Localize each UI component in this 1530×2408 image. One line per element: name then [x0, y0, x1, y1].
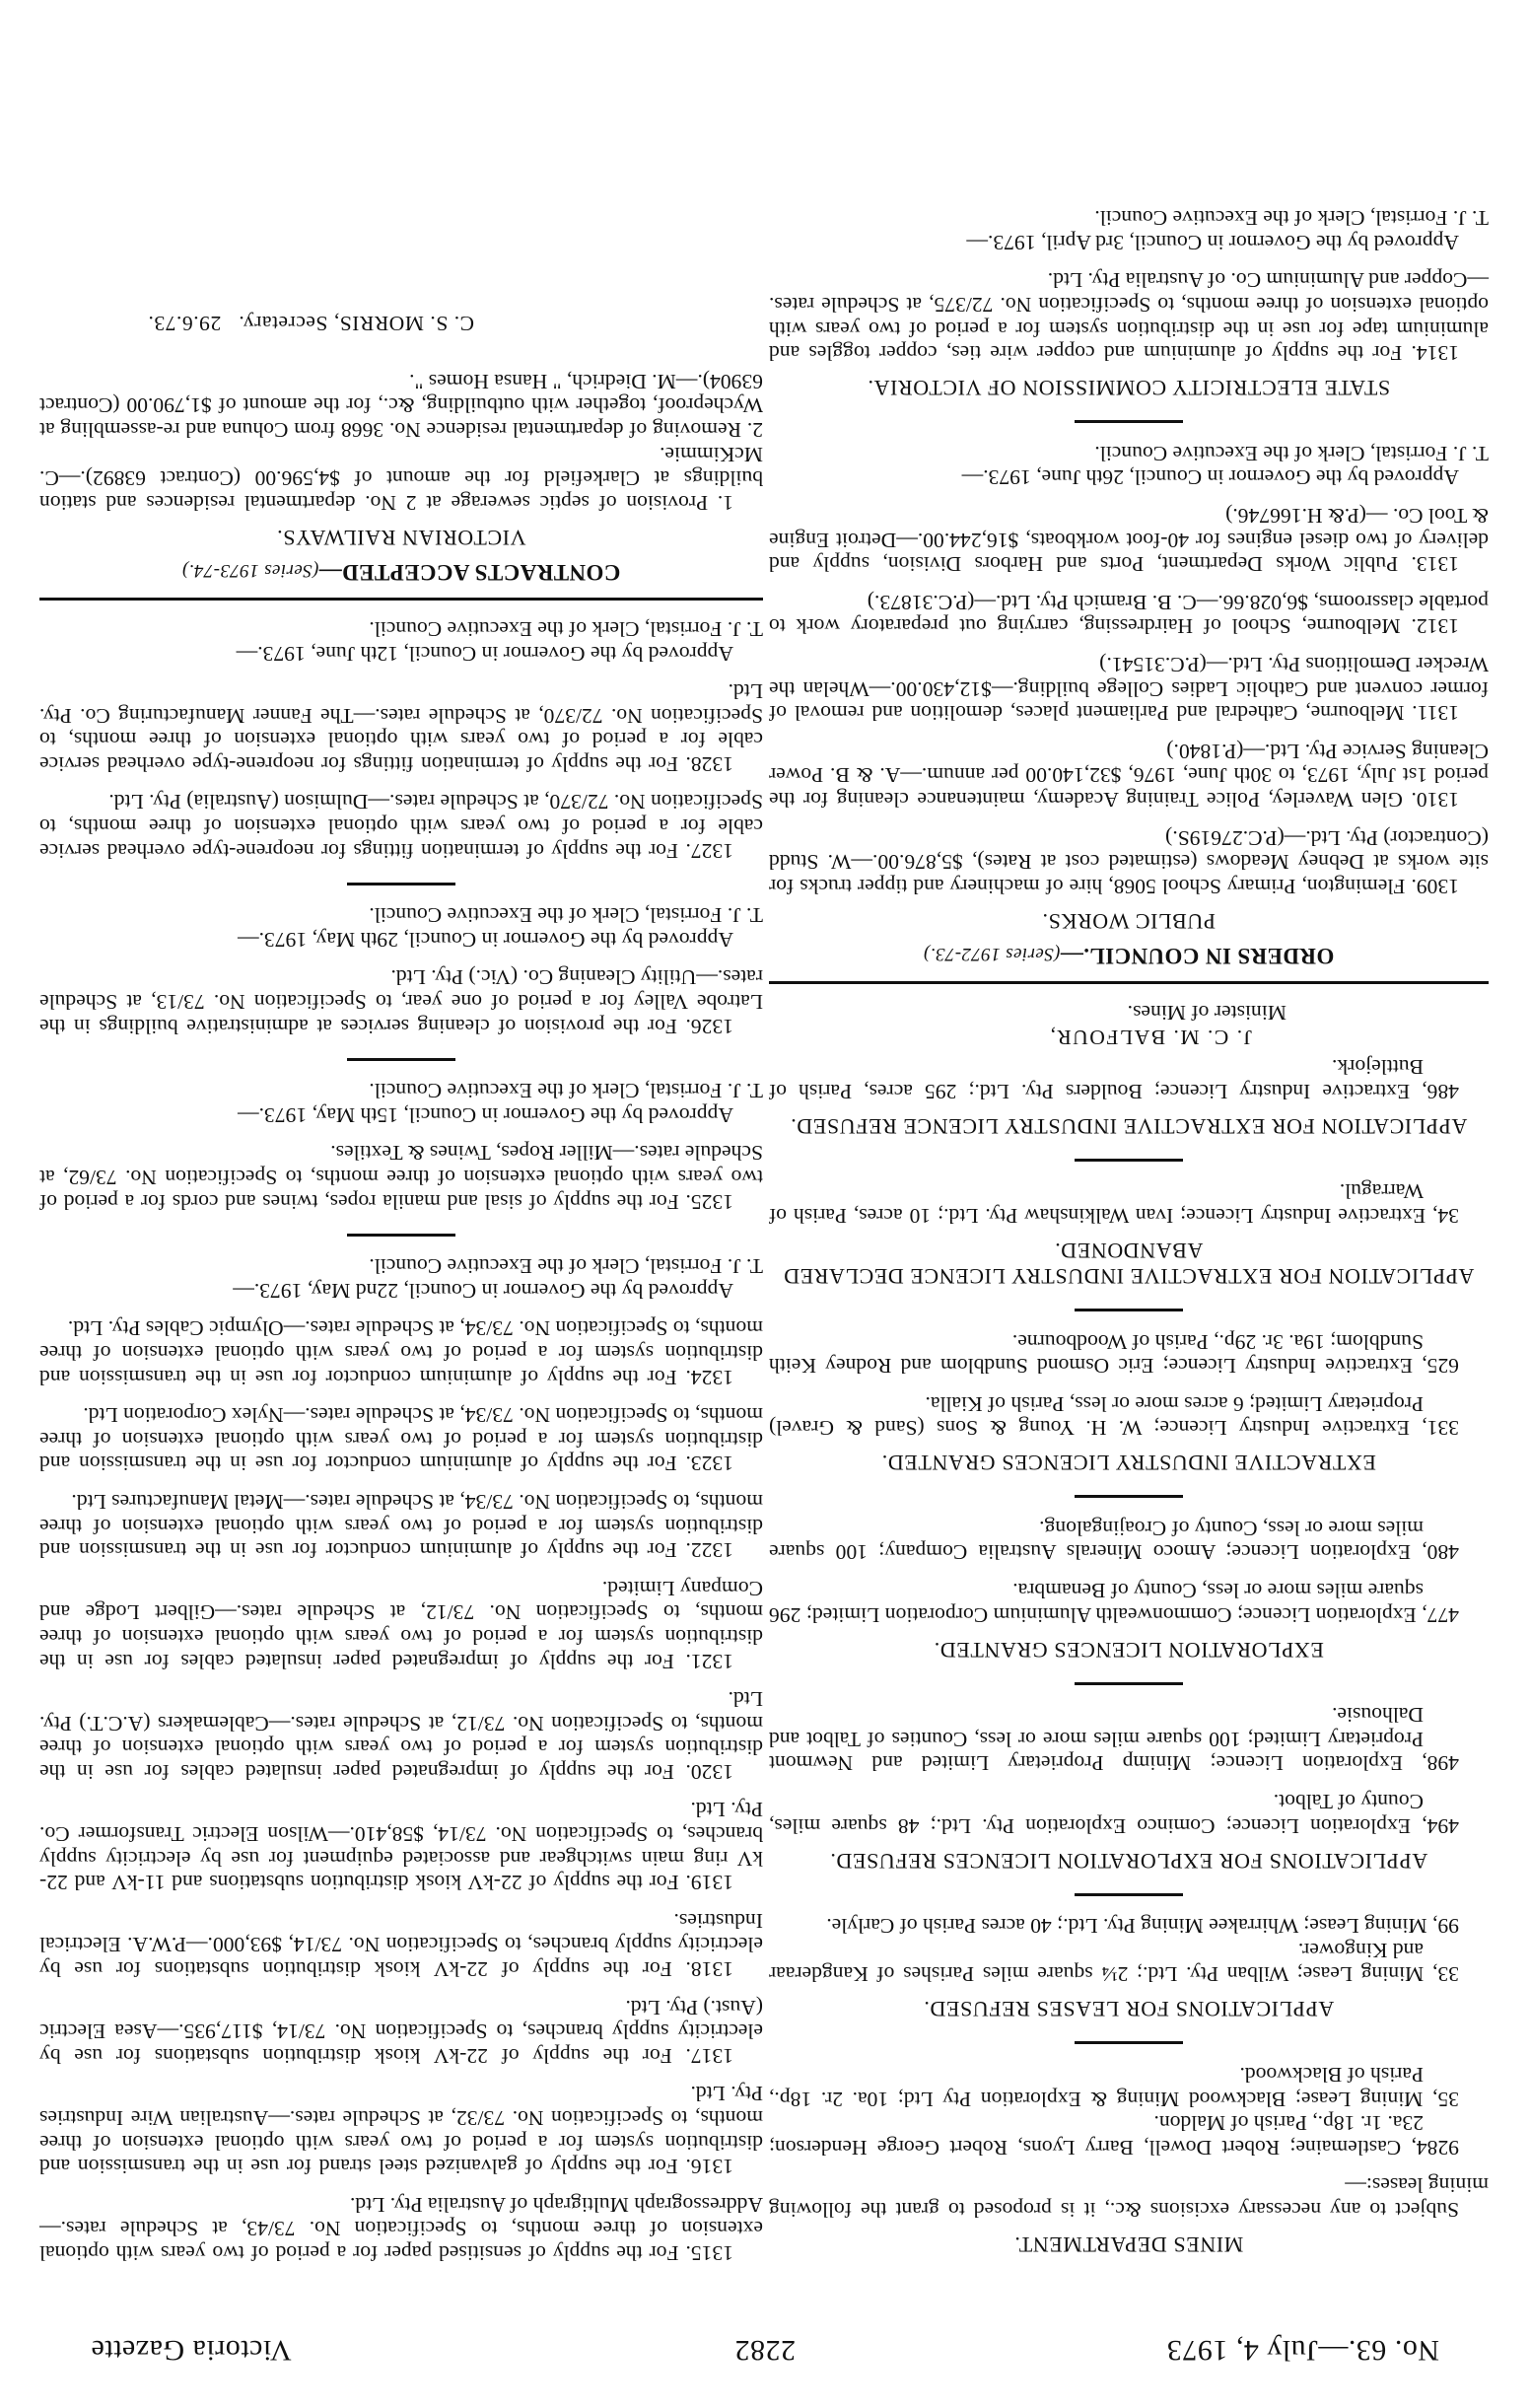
secv-item: 1317. For the supply of 22-kV kiosk dist…: [39, 1995, 763, 2068]
divider: [1075, 1893, 1183, 1896]
section-heading-extractive-granted: EXTRACTIVE INDUSTRY LICENCES GRANTED.: [769, 1450, 1489, 1475]
exploration-granted-item: 480, Exploration Licence; Amoco Minerals…: [769, 1516, 1489, 1564]
secv-item: 1320. For the supply of impregnated pape…: [39, 1687, 763, 1784]
secv-item: 1328. For the supply of termination fitt…: [39, 679, 763, 776]
right-column: 1315. For the supply of sensitised paper…: [39, 312, 763, 2265]
divider: [1075, 1495, 1183, 1498]
extractive-refused-item: 486, Extractive Industry Licence; Boulde…: [769, 1055, 1489, 1103]
section-heading-orders-in-council: ORDERS IN COUNCIL.—(Series 1972-73.): [769, 942, 1489, 968]
divider: [1075, 420, 1183, 423]
order-item: 1313. Public Works Department, Ports and…: [769, 503, 1489, 576]
divider: [347, 1058, 455, 1061]
secv-item: 1321. For the supply of impregnated pape…: [39, 1576, 763, 1672]
extractive-granted-item: 625, Extractive Industry Licence; Eric O…: [769, 1329, 1489, 1378]
approval-line: Approved by the Governor in Council, 12t…: [39, 641, 763, 666]
clerk-signature: T. J. Forristal, Clerk of the Executive …: [769, 206, 1489, 231]
clerk-signature: T. J. Forristal, Clerk of the Executive …: [39, 616, 763, 641]
order-item: 1311. Melbourne, Cathedral and Parliamen…: [769, 652, 1489, 725]
page-number: 2282: [91, 2333, 1439, 2367]
secv-item: 1316. For the supply of galvanized steel…: [39, 2082, 763, 2178]
secv-item: 1325. For the supply of sisal and manila…: [39, 1141, 763, 1214]
lease-item: 9284, Castlemaine; Robert Dowell, Barry …: [769, 2111, 1489, 2160]
section-heading-extractive-refused: APPLICATION FOR EXTRACTIVE INDUSTRY LICE…: [769, 1113, 1489, 1139]
lease-item: 35, Mining Lease; Blackwood Mining & Exp…: [769, 2062, 1489, 2110]
secv-item: 1327. For the supply of termination fitt…: [39, 790, 763, 863]
secv-item: 1318. For the supply of 22-kV kiosk dist…: [39, 1908, 763, 1981]
extractive-granted-item: 331, Extractive Industry Licence; W. H. …: [769, 1391, 1489, 1440]
extractive-abandoned-item: 34, Extractive Industry Licence; Ivan Wa…: [769, 1179, 1489, 1228]
divider: [1075, 1682, 1183, 1685]
order-item: 1312. Melbourne, School of Hairdressing,…: [769, 590, 1489, 638]
section-divider: [769, 981, 1489, 984]
approval-line: Approved by the Governor in Council, 15t…: [39, 1102, 763, 1127]
divider: [347, 1234, 455, 1237]
secv-item: 1326. For the provision of cleaning serv…: [39, 965, 763, 1038]
secv-item: 1323. For the supply of aluminium conduc…: [39, 1403, 763, 1476]
secretary-signature: C. S. MORRIS, Secretary. 29.6.73.: [39, 312, 763, 336]
lease-refused-item: 33, Mining Lease; Wilban Pty. Ltd.; 2¼ s…: [769, 1938, 1489, 1986]
clerk-signature: T. J. Forristal, Clerk of the Executive …: [39, 903, 763, 928]
contracts-series: (Series 1973-74.): [182, 560, 319, 581]
section-heading-contracts-accepted: CONTRACTS ACCEPTED—(Series 1973-74.): [39, 558, 763, 585]
secv-item: 1324. For the supply of aluminium conduc…: [39, 1316, 763, 1389]
section-divider: [39, 598, 763, 601]
secv-item: 1319. For the supply of 22-kV kiosk dist…: [39, 1798, 763, 1894]
publication-title: Victoria Gazette: [91, 2333, 292, 2367]
secv-item: 1315. For the supply of sensitised paper…: [39, 2192, 763, 2265]
divider: [1075, 1309, 1183, 1311]
section-heading-secv: STATE ELECTRICITY COMMISSION OF VICTORIA…: [769, 375, 1489, 400]
clerk-signature: T. J. Forristal, Clerk of the Executive …: [39, 1254, 763, 1279]
approval-line: Approved by the Governor in Council, 3rd…: [769, 230, 1489, 254]
order-item: 1310. Glen Waverley, Police Training Aca…: [769, 739, 1489, 812]
contract-item: 1. Provision of septic sewerage at 2 No.…: [39, 442, 763, 515]
contracts-title: CONTRACTS ACCEPTED—: [318, 560, 620, 585]
signature-date: 29.6.73.: [148, 312, 221, 335]
approval-line: Approved by the Governor in Council, 26t…: [769, 465, 1489, 490]
contract-item: 2. Removing of departmental residence No…: [39, 369, 763, 442]
orders-series: (Series 1972-73.): [924, 944, 1061, 964]
divider: [1075, 1159, 1183, 1162]
section-heading-exploration-refused: APPLICATIONS FOR EXPLORATION LICENCES RE…: [769, 1848, 1489, 1874]
exploration-refused-item: 494, Exploration Licence; Cominco Explor…: [769, 1789, 1489, 1837]
exploration-refused-item: 498, Exploration Licence; Minimp Proprie…: [769, 1703, 1489, 1776]
section-heading-exploration-granted: EXPLORATION LICENCES GRANTED.: [769, 1637, 1489, 1663]
order-item: 1309. Flemington, Primary School 5068, h…: [769, 825, 1489, 898]
divider: [1075, 2041, 1183, 2044]
approval-line: Approved by the Governor in Council, 29t…: [39, 927, 763, 952]
section-heading-leases-refused: APPLICATIONS FOR LEASES REFUSED.: [769, 1996, 1489, 2021]
secv-item: 1314. For the supply of aluminium and co…: [769, 268, 1489, 365]
secretary-name: C. S. MORRIS, Secretary.: [239, 312, 474, 335]
section-heading-public-works: PUBLIC WORKS.: [769, 908, 1489, 934]
lease-refused-item: 99, Mining Lease; Whirrakee Mining Pty. …: [769, 1914, 1489, 1939]
exploration-granted-item: 477, Exploration Licence; Commonwealth A…: [769, 1579, 1489, 1627]
running-head: No. 63.—July 4, 1973 2282 Victoria Gazet…: [91, 2327, 1439, 2367]
minister-name: J. C. M. BALFOUR,: [769, 1025, 1489, 1049]
approval-line: Approved by the Governor in Council, 22n…: [39, 1278, 763, 1303]
gazette-page: No. 63.—July 4, 1973 2282 Victoria Gazet…: [0, 0, 1530, 2408]
minister-title: Minister of Mines.: [769, 1000, 1489, 1025]
mines-intro: Subject to any necessary excisions &c., …: [769, 2173, 1489, 2222]
section-heading-victorian-railways: VICTORIAN RAILWAYS.: [39, 525, 763, 550]
section-heading-extractive-abandoned: APPLICATION FOR EXTRACTIVE INDUSTRY LICE…: [769, 1238, 1489, 1289]
divider: [347, 883, 455, 885]
clerk-signature: T. J. Forristal, Clerk of the Executive …: [769, 441, 1489, 465]
section-heading-mines: MINES DEPARTMENT.: [769, 2231, 1489, 2257]
orders-title: ORDERS IN COUNCIL.—: [1060, 944, 1334, 968]
left-column: MINES DEPARTMENT. Subject to any necessa…: [769, 206, 1489, 2265]
secv-item: 1322. For the supply of aluminium conduc…: [39, 1489, 763, 1562]
clerk-signature: T. J. Forristal, Clerk of the Executive …: [39, 1079, 763, 1103]
